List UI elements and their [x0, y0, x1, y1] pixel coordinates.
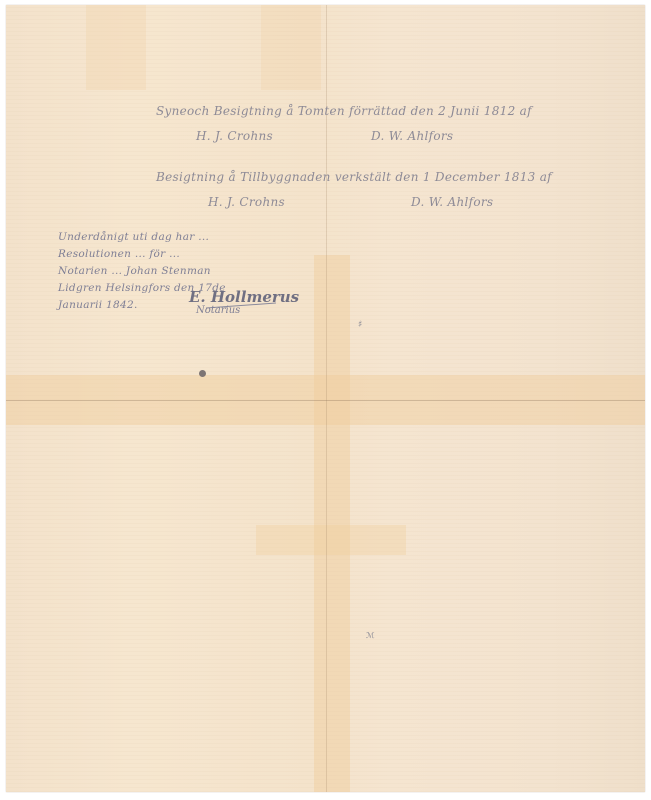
note-line: Underdånigt uti dag har ... [58, 229, 298, 246]
tape-strip-vertical [314, 255, 350, 792]
ink-blot [199, 370, 206, 377]
signatory-3: H. J. Crohns [208, 195, 285, 209]
inspection-line-2: Besigtning å Tillbyggnaden verkstält den… [156, 170, 552, 184]
signature-title: Notarius [196, 305, 240, 316]
tape-stain-top-left [86, 5, 146, 90]
tape-stain-top-center [261, 5, 321, 90]
signature: E. Hollmerus [189, 288, 299, 306]
inspection-line-1: Syneoch Besigtning å Tomten förrättad de… [156, 104, 532, 118]
fold-line-vertical [326, 5, 327, 792]
note-line: Resolutionen ... för ... [58, 246, 298, 263]
ink-mark: ♯ [358, 320, 362, 330]
fold-line-horizontal [6, 400, 645, 401]
signatory-1: H. J. Crohns [196, 129, 273, 143]
document-page: Syneoch Besigtning å Tomten förrättad de… [6, 5, 645, 792]
note-line: Notarien ... Johan Stenman [58, 263, 298, 280]
tape-patch-lower [256, 525, 406, 555]
signatory-4: D. W. Ahlfors [411, 195, 493, 209]
signatory-2: D. W. Ahlfors [371, 129, 453, 143]
ink-mark: ℳ [366, 631, 375, 640]
